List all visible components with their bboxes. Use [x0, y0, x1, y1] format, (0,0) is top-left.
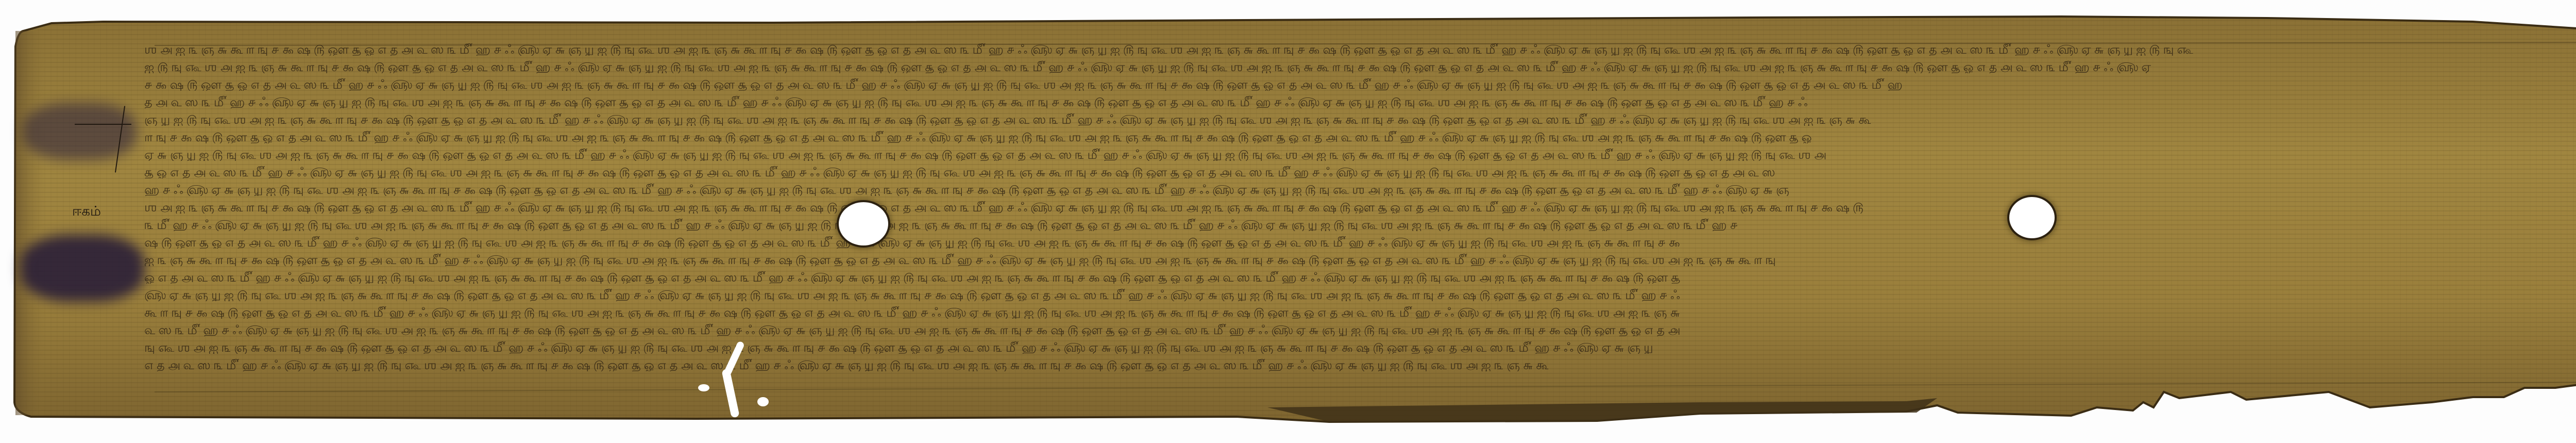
text-line: ஷ௫ஔ௲ஓ௭த௮௳ஸ௩௴ஹ௪ஃ௵ஏ௬ஞ௶ஐ௫ஙு௷ஶ௮ஐ௩ஞ௬கூ௱ஙு௪௯ஷ௫…	[144, 235, 2576, 249]
text-line: கூ௱ஙு௪௯ஷ௫ஔ௲ஓ௭த௮௳ஸ௩௴ஹ௪ஃ௵ஏ௬ஞ௶ஐ௫ஙு௷ஶ௮ஐ௩ஞ௬கூ…	[144, 305, 2576, 319]
left-margin-note: ஈகம்	[72, 204, 101, 221]
text-line: ௪௯ஷ௫ஔ௲ஓ௭த௮௳ஸ௩௴ஹ௪ஃ௵ஏ௬ஞ௶ஐ௫ஙு௷ஶ௮ஐ௩ஞ௬கூ௱ஙு௪௯…	[144, 77, 2576, 91]
text-line: ௲ஓ௭த௮௳ஸ௩௴ஹ௪ஃ௵ஏ௬ஞ௶ஐ௫ஙு௷ஶ௮ஐ௩ஞ௬கூ௱ஙு௪௯ஷ௫ஔ௲ஓ…	[144, 165, 2576, 178]
text-line: த௮௳ஸ௩௴ஹ௪ஃ௵ஏ௬ஞ௶ஐ௫ஙு௷ஶ௮ஐ௩ஞ௬கூ௱ஙு௪௯ஷ௫ஔ௲ஓ௭த௮…	[144, 95, 2576, 108]
text-line: ௩௴ஹ௪ஃ௵ஏ௬ஞ௶ஐ௫ஙு௷ஶ௮ஐ௩ஞ௬கூ௱ஙு௪௯ஷ௫ஔ௲ஓ௭த௮௳ஸ௩௴…	[144, 218, 2576, 231]
text-line: ௭த௮௳ஸ௩௴ஹ௪ஃ௵ஏ௬ஞ௶ஐ௫ஙு௷ஶ௮ஐ௩ஞ௬கூ௱ஙு௪௯ஷ௫ஔ௲ஓ௭த…	[144, 358, 2308, 371]
text-line: ஹ௪ஃ௵ஏ௬ஞ௶ஐ௫ஙு௷ஶ௮ஐ௩ஞ௬கூ௱ஙு௪௯ஷ௫ஔ௲ஓ௭த௮௳ஸ௩௴ஹ௪…	[144, 183, 2576, 196]
binding-hole-right	[2009, 197, 2055, 238]
text-line: ஶ௮ஐ௩ஞ௬கூ௱ஙு௪௯ஷ௫ஔ௲ஓ௭த௮௳ஸ௩௴ஹ௪ஃ௵ஏ௬ஞ௶ஐ௫ஙு௷ஶ௮…	[144, 42, 2576, 56]
ink-stain-lower	[21, 235, 144, 302]
text-line: ஶ௮ஐ௩ஞ௬கூ௱ஙு௪௯ஷ௫ஔ௲ஓ௭த௮௳ஸ௩௴ஹ௪ஃ௵ஏ௬ஞ௶ஐ௫ஙு௷ஶ௮…	[144, 200, 2576, 214]
text-line: ௱ஙு௪௯ஷ௫ஔ௲ஓ௭த௮௳ஸ௩௴ஹ௪ஃ௵ஏ௬ஞ௶ஐ௫ஙு௷ஶ௮ஐ௩ஞ௬கூ௱ங…	[144, 130, 2576, 143]
leaf-chip	[698, 384, 709, 391]
palm-leaf-manuscript: ஈகம் ஶ௮ஐ௩ஞ௬கூ௱ஙு௪௯ஷ௫ஔ௲ஓ௭த௮௳ஸ௩௴ஹ௪ஃ௵ஏ௬ஞ௶ஐ௫…	[0, 0, 2576, 443]
text-line: ஐ௩ஞ௬கூ௱ஙு௪௯ஷ௫ஔ௲ஓ௭த௮௳ஸ௩௴ஹ௪ஃ௵ஏ௬ஞ௶ஐ௫ஙு௷ஶ௮ஐ௩…	[144, 253, 2576, 266]
text-line: ஞ௶ஐ௫ஙு௷ஶ௮ஐ௩ஞ௬கூ௱ஙு௪௯ஷ௫ஔ௲ஓ௭த௮௳ஸ௩௴ஹ௪ஃ௵ஏ௬ஞ௶…	[144, 112, 2576, 126]
text-line: ஓ௭த௮௳ஸ௩௴ஹ௪ஃ௵ஏ௬ஞ௶ஐ௫ஙு௷ஶ௮ஐ௩ஞ௬கூ௱ஙு௪௯ஷ௫ஔ௲ஓ௭…	[144, 270, 2576, 284]
text-line: ஙு௷ஶ௮ஐ௩ஞ௬கூ௱ஙு௪௯ஷ௫ஔ௲ஓ௭த௮௳ஸ௩௴ஹ௪ஃ௵ஏ௬ஞ௶ஐ௫ஙு…	[144, 340, 2566, 354]
leaf-crack-branch	[757, 397, 769, 406]
manuscript-text-block: ஶ௮ஐ௩ஞ௬கூ௱ஙு௪௯ஷ௫ஔ௲ஓ௭த௮௳ஸ௩௴ஹ௪ஃ௵ஏ௬ஞ௶ஐ௫ஙு௷ஶ௮…	[144, 41, 2576, 387]
ink-stain-upper	[23, 103, 137, 160]
text-line: ஏ௬ஞ௶ஐ௫ஙு௷ஶ௮ஐ௩ஞ௬கூ௱ஙு௪௯ஷ௫ஔ௲ஓ௭த௮௳ஸ௩௴ஹ௪ஃ௵ஏ௬…	[144, 147, 2576, 161]
margin-cross-mark	[75, 124, 131, 125]
binding-hole-left	[839, 202, 888, 245]
text-line: ௵ஏ௬ஞ௶ஐ௫ஙு௷ஶ௮ஐ௩ஞ௬கூ௱ஙு௪௯ஷ௫ஔ௲ஓ௭த௮௳ஸ௩௴ஹ௪ஃ௵ஏ…	[144, 288, 2576, 301]
text-line: ஐ௫ஙு௷ஶ௮ஐ௩ஞ௬கூ௱ஙு௪௯ஷ௫ஔ௲ஓ௭த௮௳ஸ௩௴ஹ௪ஃ௵ஏ௬ஞ௶ஐ௫…	[144, 60, 2576, 73]
text-line: ௳ஸ௩௴ஹ௪ஃ௵ஏ௬ஞ௶ஐ௫ஙு௷ஶ௮ஐ௩ஞ௬கூ௱ஙு௪௯ஷ௫ஔ௲ஓ௭த௮௳ஸ…	[144, 323, 2576, 336]
